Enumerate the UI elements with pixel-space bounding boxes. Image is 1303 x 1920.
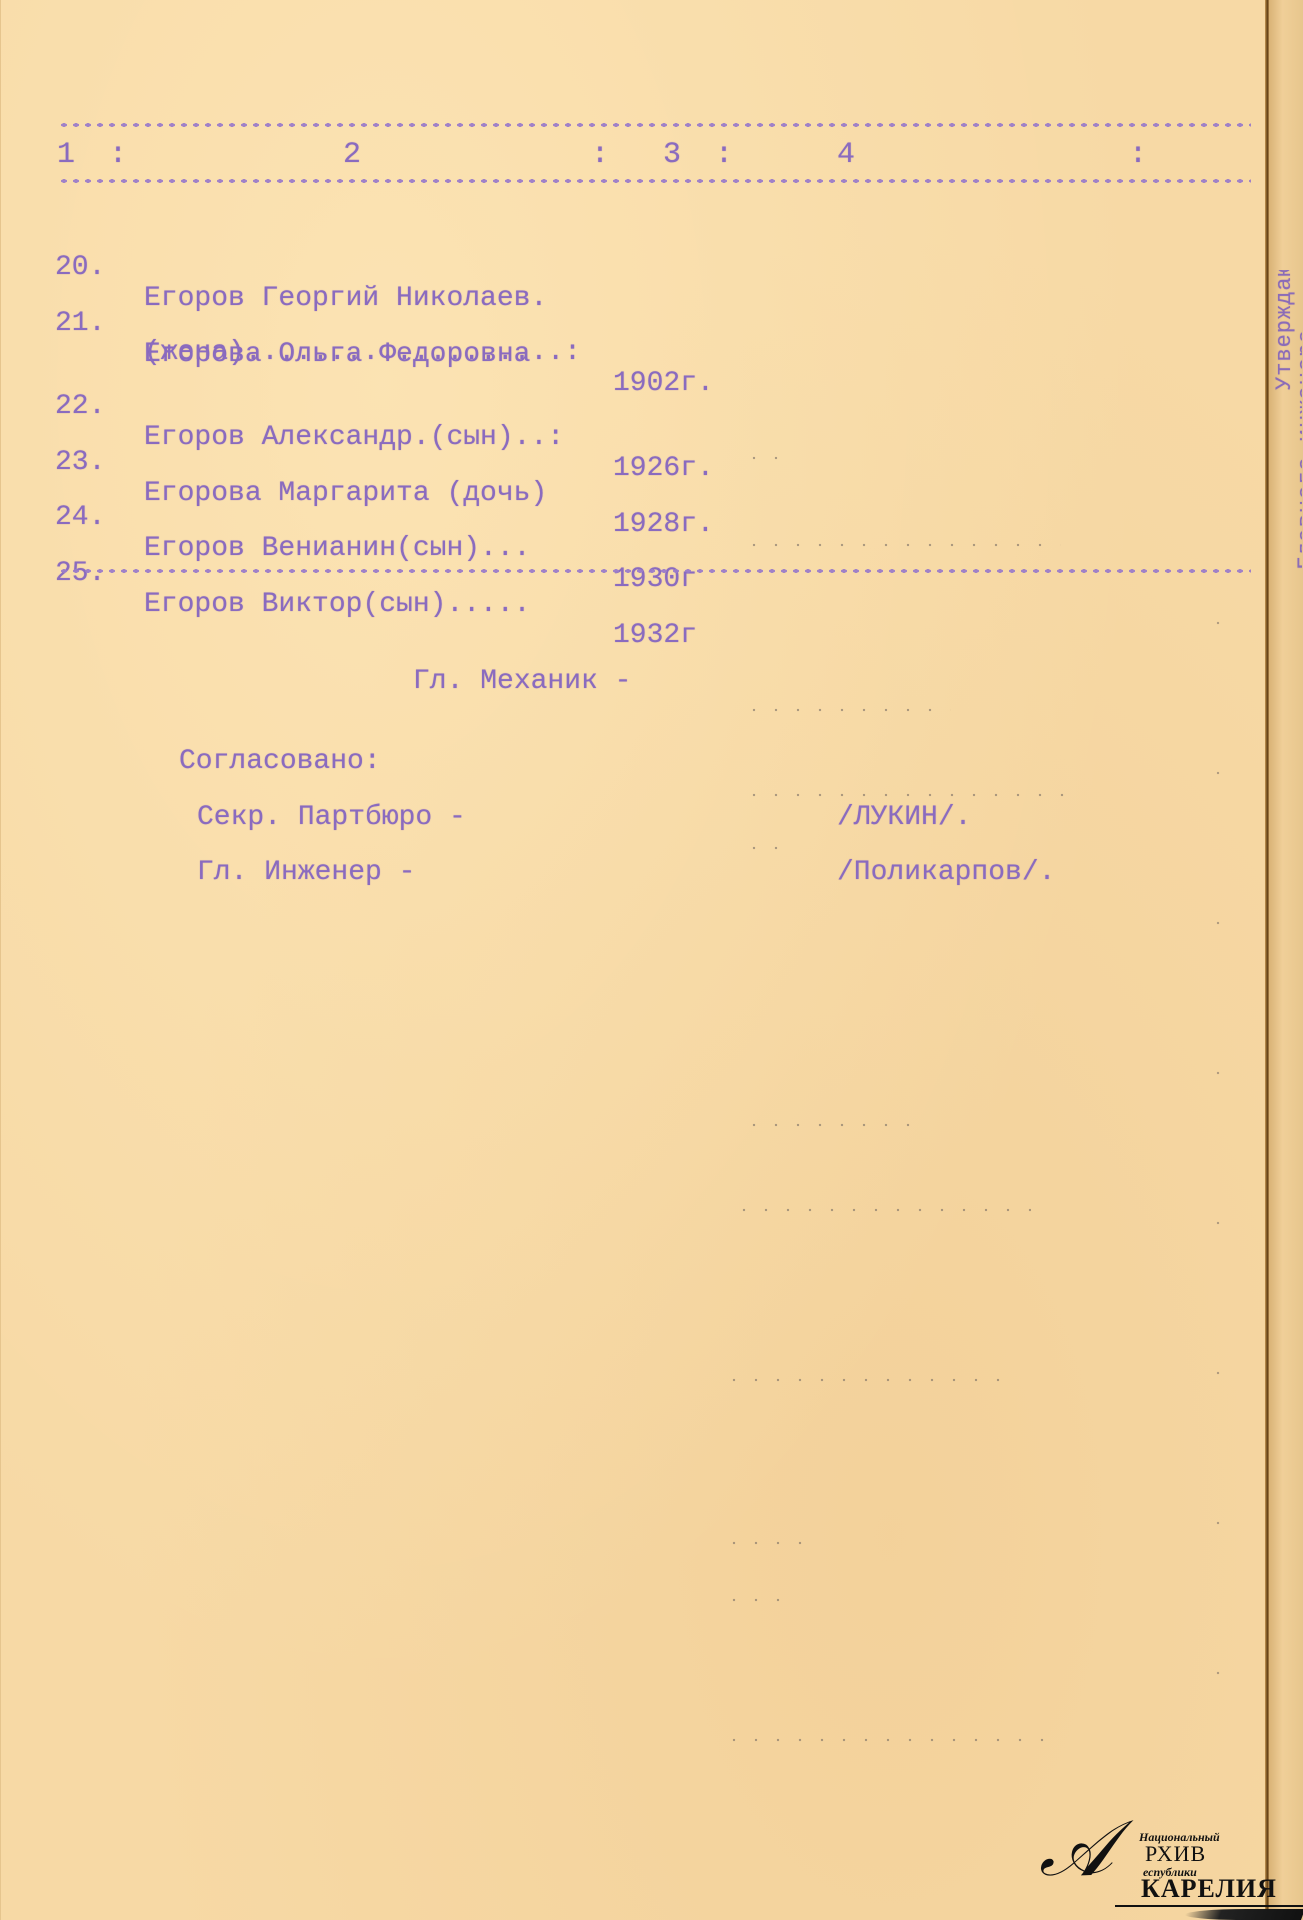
person-name: Егоров Виктор(сын)..... bbox=[144, 589, 530, 620]
column-header-3: 3 bbox=[663, 138, 681, 172]
top-rule bbox=[59, 122, 1251, 128]
chief-mechanic-title: Гл. Механик - bbox=[413, 666, 631, 697]
column-separator: : bbox=[591, 138, 609, 172]
column-separator: : bbox=[1129, 138, 1147, 172]
faint-dot-line bbox=[731, 1597, 781, 1603]
margin-text-line-2: Главного инженера bbox=[1294, 329, 1302, 570]
logo-monogram: 𝒜 bbox=[1039, 1810, 1113, 1888]
quill-icon bbox=[1183, 1909, 1303, 1920]
person-name: Егоров Александр.(сын)..: bbox=[144, 422, 564, 453]
faint-dot-line bbox=[731, 1737, 1061, 1743]
chief-engineer-title: Гл. Инженер - bbox=[197, 857, 415, 888]
table-bottom-rule bbox=[59, 568, 1251, 574]
person-name: Егорова Маргарита (дочь) bbox=[144, 478, 547, 509]
column-header-4: 4 bbox=[837, 138, 855, 172]
faint-dot-line bbox=[731, 1377, 1011, 1383]
faint-dot-line bbox=[751, 455, 796, 461]
column-separator: : bbox=[109, 138, 127, 172]
chief-engineer-name: /Поликарпов/. bbox=[837, 857, 1055, 888]
logo-line-karelia: КАРЕЛИЯ bbox=[1141, 1874, 1277, 1904]
faint-dot-column bbox=[1215, 620, 1221, 1770]
person-relation: (жена)...................: bbox=[144, 337, 581, 368]
party-secretary-title: Секр. Партбюро - bbox=[197, 802, 466, 833]
birth-year: 1932г bbox=[613, 620, 697, 651]
faint-dot-line bbox=[741, 1207, 1031, 1213]
document-page: 1 : 2 : 3 : 4 : 20. Егоров Георгий Никол… bbox=[0, 0, 1271, 1920]
birth-year: 1928г. bbox=[613, 509, 714, 540]
faint-dot-line bbox=[751, 845, 781, 851]
column-header-1: 1 bbox=[57, 138, 75, 172]
faint-dot-line bbox=[751, 542, 1061, 548]
person-name: Егоров Георгий Николаев. bbox=[144, 283, 547, 314]
agreed-label: Согласовано: bbox=[179, 746, 381, 777]
archive-watermark-logo: 𝒜 Национальный РХИВ еспублики КАРЕЛИЯ bbox=[1035, 1810, 1303, 1920]
header-bottom-rule bbox=[59, 178, 1251, 184]
birth-year: 1926г. bbox=[613, 453, 714, 484]
faint-dot-line bbox=[751, 1122, 911, 1128]
faint-dot-line bbox=[751, 707, 951, 713]
faint-dot-line bbox=[751, 792, 1081, 798]
logo-underline bbox=[1115, 1905, 1303, 1907]
column-header-2: 2 bbox=[343, 138, 361, 172]
logo-line-archive: РХИВ bbox=[1145, 1841, 1206, 1867]
table-row: 25. Егоров Виктор(сын)..... 1932г bbox=[1, 527, 68, 682]
column-separator: : bbox=[715, 138, 733, 172]
birth-year: 1902г. bbox=[613, 368, 714, 399]
person-name: Егоров Венианин(сын)... bbox=[144, 533, 530, 564]
column-header-row: 1 : 2 : 3 : 4 : bbox=[1, 138, 1271, 172]
party-secretary-name: /ЛУКИН/. bbox=[837, 802, 971, 833]
faint-dot-line bbox=[731, 1540, 811, 1546]
adjacent-page-margin-text: Утверждаю Главного инженера bbox=[1272, 270, 1302, 570]
